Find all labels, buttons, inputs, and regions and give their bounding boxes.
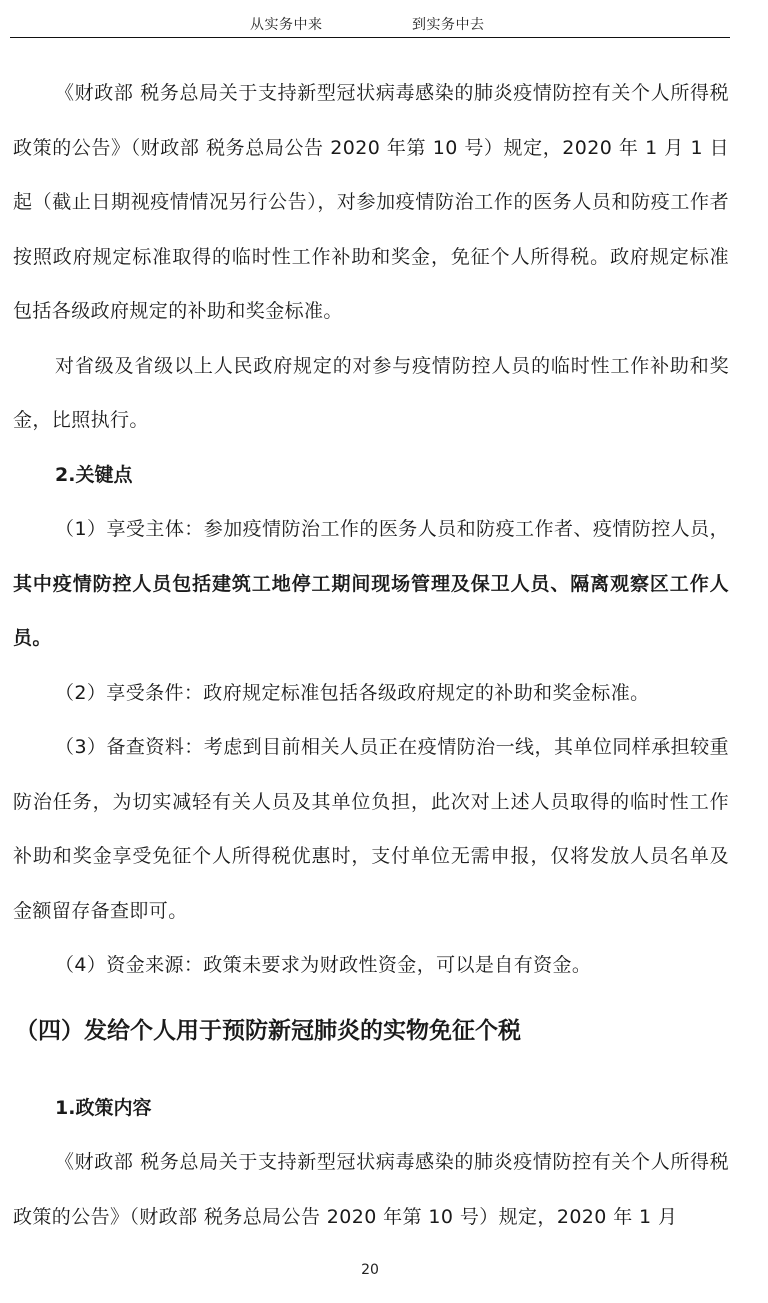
key-point-4: （4）资金来源：政策未要求为财政性资金，可以是自有资金。 — [13, 938, 729, 993]
paragraph-provincial-rule: 对省级及省级以上人民政府规定的对参与疫情防控人员的临时性工作补助和奖金，比照执行… — [13, 339, 729, 448]
page-header: 从实务中来 到实务中去 — [10, 0, 730, 38]
header-motto-left: 从实务中来 — [250, 14, 323, 34]
document-body: 《财政部 税务总局关于支持新型冠状病毒感染的肺炎疫情防控有关个人所得税政策的公告… — [13, 66, 729, 1244]
section-title: （四）发给个人用于预防新冠肺炎的实物免征个税 — [13, 1001, 729, 1061]
subheading-policy-content: 1.政策内容 — [13, 1081, 729, 1136]
key-point-3: （3）备查资料：考虑到目前相关人员正在疫情防治一线，其单位同样承担较重防治任务，… — [13, 720, 729, 938]
subheading-key-points: 2.关键点 — [13, 448, 729, 503]
key-point-1-text: （1）享受主体：参加疫情防治工作的医务人员和防疫工作者、疫情防控人员， — [55, 518, 729, 540]
key-point-1: （1）享受主体：参加疫情防治工作的医务人员和防疫工作者、疫情防控人员，其中疫情防… — [13, 502, 729, 666]
header-motto-right: 到实务中去 — [412, 14, 485, 34]
key-point-1-emphasis: 其中疫情防控人员包括建筑工地停工期间现场管理及保卫人员、隔离观察区工作人员。 — [13, 573, 729, 650]
paragraph-policy-announcement: 《财政部 税务总局关于支持新型冠状病毒感染的肺炎疫情防控有关个人所得税政策的公告… — [13, 66, 729, 339]
key-point-2: （2）享受条件：政府规定标准包括各级政府规定的补助和奖金标准。 — [13, 666, 729, 721]
page-number: 20 — [0, 1262, 740, 1278]
paragraph-policy-content: 《财政部 税务总局关于支持新型冠状病毒感染的肺炎疫情防控有关个人所得税政策的公告… — [13, 1135, 729, 1244]
